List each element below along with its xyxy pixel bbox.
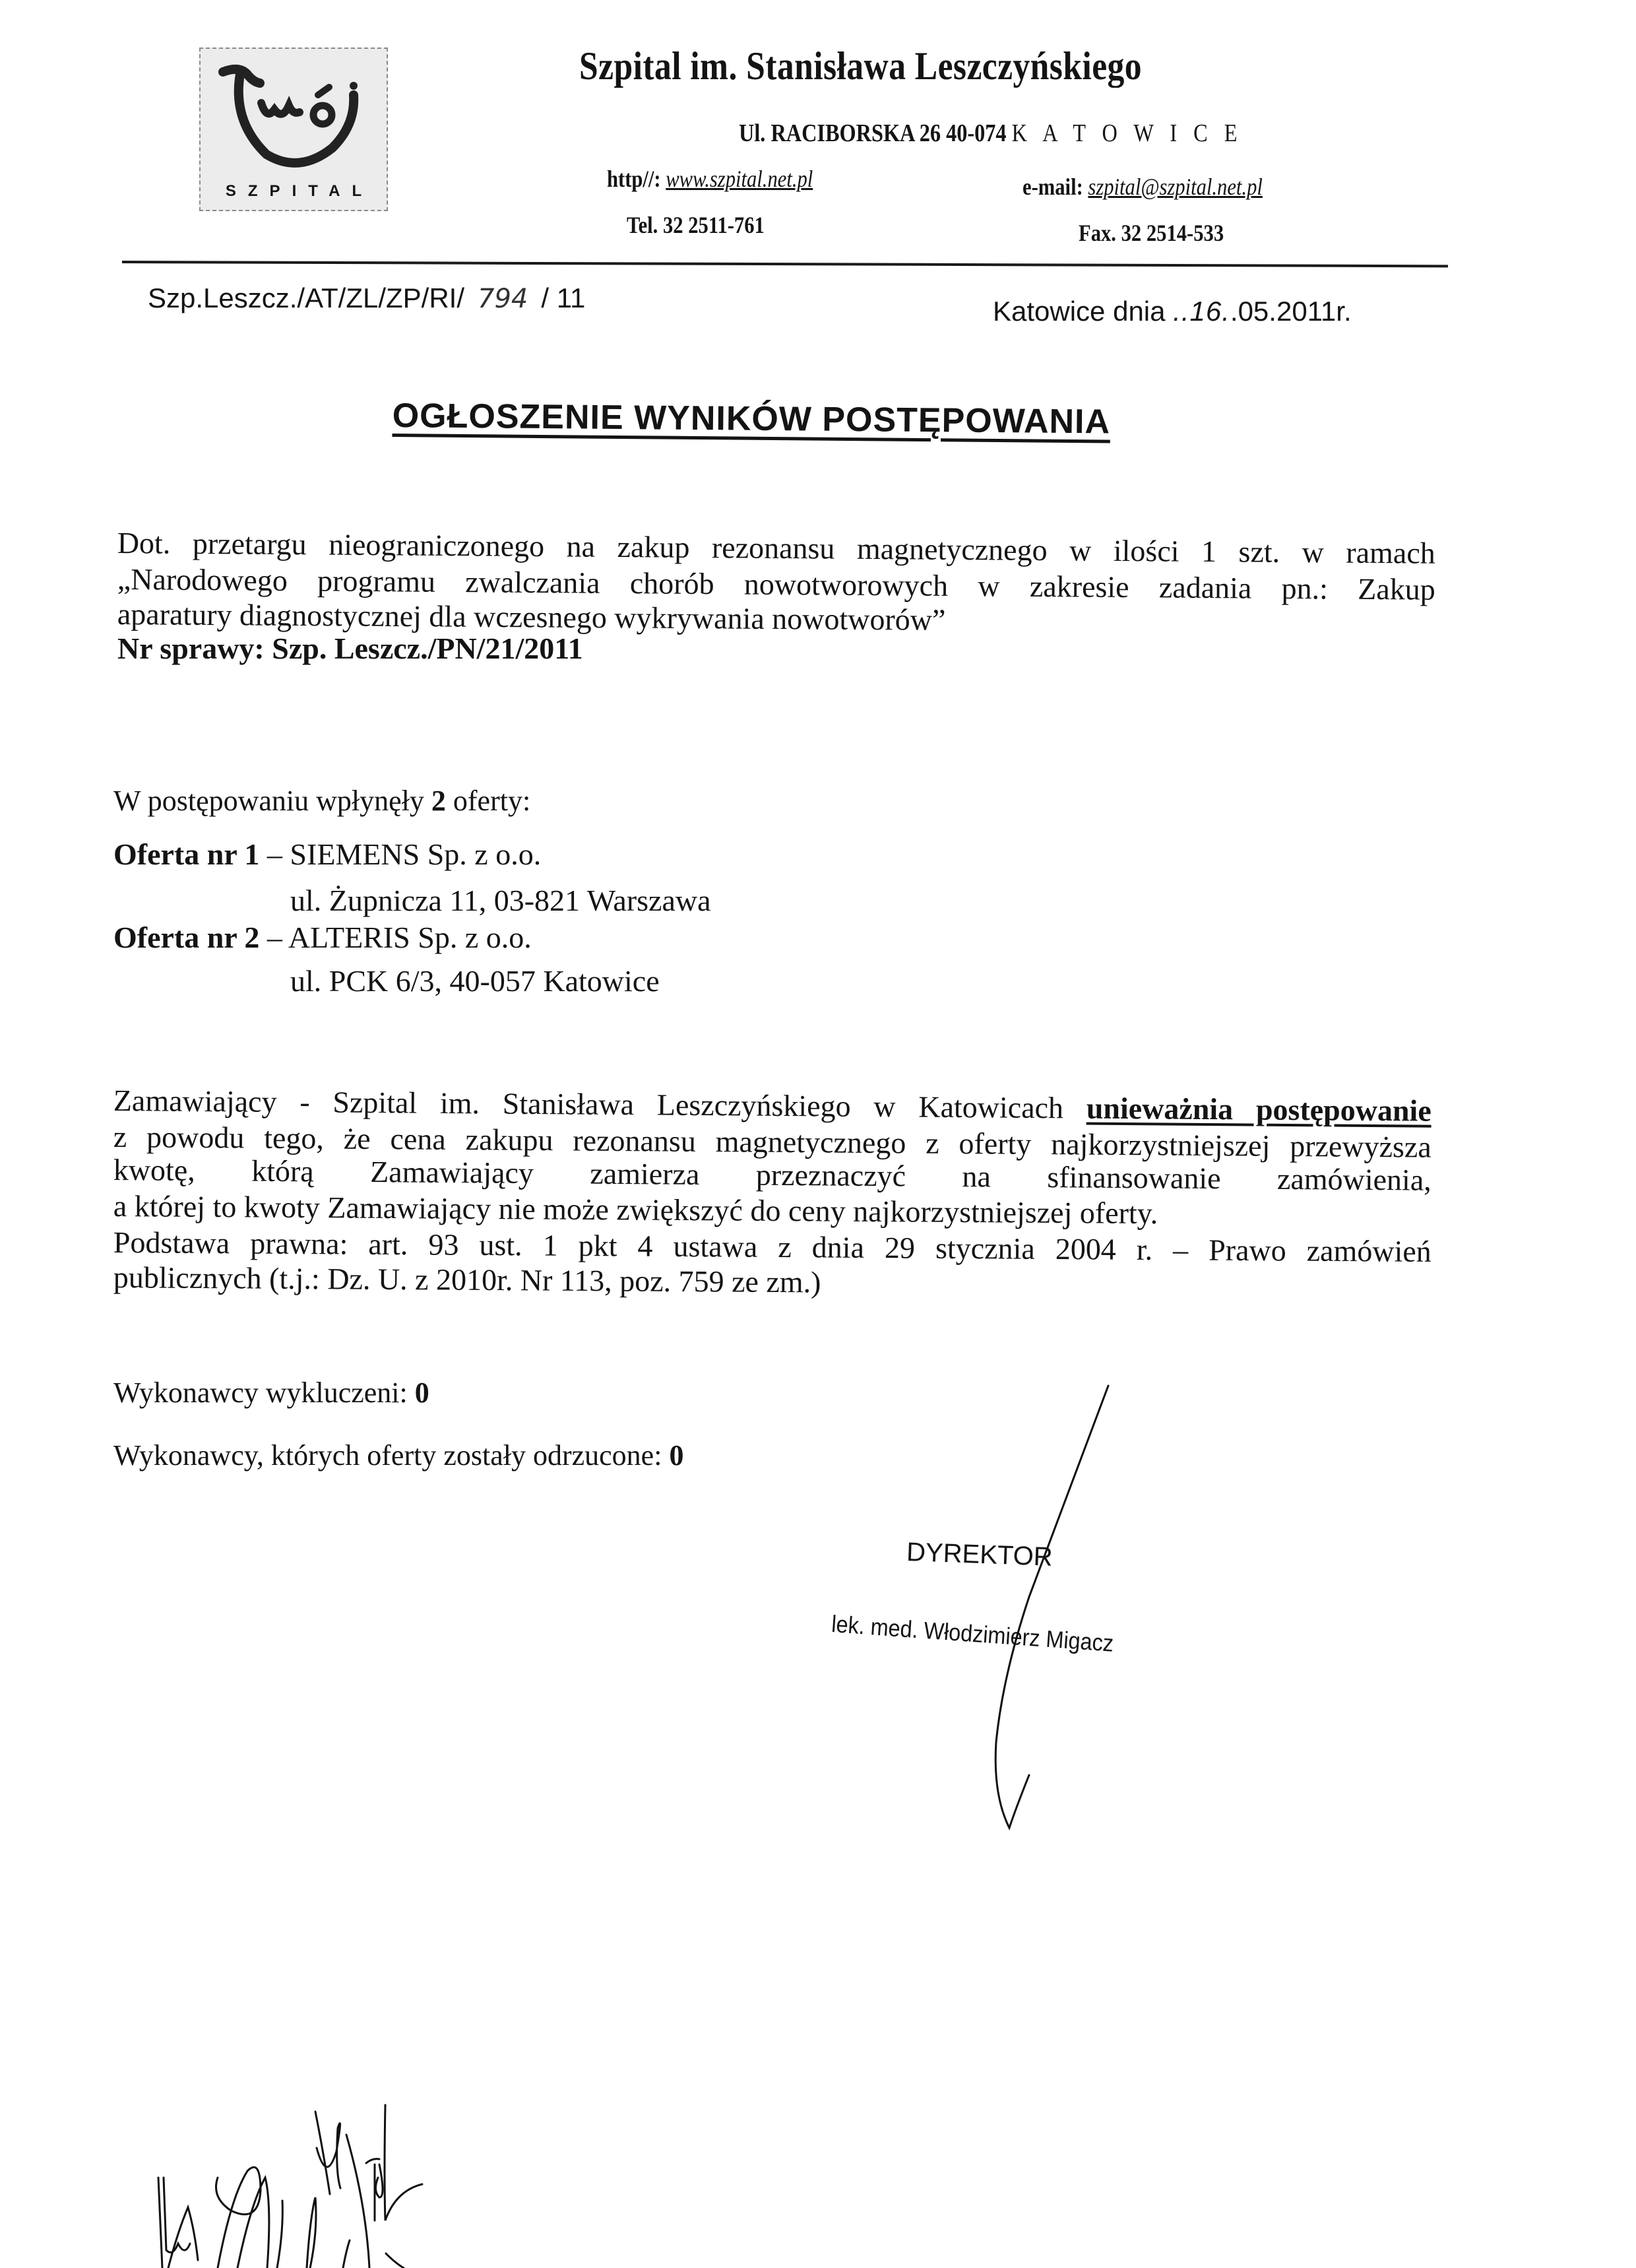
- decision-prefix: Zamawiający - Szpital im. Stanisława Les…: [113, 1084, 1064, 1124]
- legal-basis-line-2: publicznych (t.j.: Dz. U. z 2010r. Nr 11…: [113, 1262, 821, 1297]
- offers-intro-text: W postępowaniu wpłynęły: [113, 785, 424, 817]
- signatory-name: lek. med. Włodzimierz Migacz: [831, 1610, 1114, 1658]
- date-prefix: Katowice dnia: [993, 296, 1166, 327]
- decision-emphasis: unieważnia postępowanie: [1086, 1091, 1431, 1128]
- offer-item: Oferta nr 2 – ALTERIS Sp. z o.o.: [113, 920, 532, 955]
- offers-count: 2: [431, 785, 446, 817]
- rejected-offers: Wykonawcy, których oferty zostały odrzuc…: [113, 1439, 683, 1472]
- reference-number: Szp.Leszcz./AT/ZL/ZP/RI/794/ 11: [148, 282, 585, 314]
- address-city: K A T O W I C E: [1012, 119, 1243, 147]
- decision-line-4: a której to kwoty Zamawiający nie może z…: [113, 1191, 1158, 1229]
- offers-intro: W postępowaniu wpłynęły 2 oferty:: [113, 784, 530, 818]
- decision-text: Zamawiający - Szpital im. Stanisława Les…: [113, 1085, 1431, 1126]
- document-title: OGŁOSZENIE WYNIKÓW POSTĘPOWANIA: [392, 396, 1110, 441]
- offer-company: – SIEMENS Sp. z o.o.: [267, 837, 541, 871]
- website-line: http//: www.szpital.net.pl: [607, 165, 813, 193]
- email-label: e-mail:: [1022, 174, 1083, 200]
- handwritten-reference: 794: [478, 284, 528, 314]
- rejected-label: Wykonawcy, których oferty zostały odrzuc…: [113, 1439, 662, 1472]
- document-date: Katowice dnia ..16..05.2011r.: [993, 296, 1352, 327]
- letterhead-divider: [122, 261, 1448, 267]
- offer-company: – ALTERIS Sp. z o.o.: [267, 921, 532, 954]
- handwritten-day: ..16.: [1173, 296, 1230, 327]
- offer-label: Oferta nr 2: [113, 921, 259, 954]
- excluded-contractors: Wykonawcy wykluczeni: 0: [113, 1376, 429, 1409]
- case-number: Nr sprawy: Szp. Leszcz./PN/21/2011: [117, 633, 583, 664]
- signatory-role: DYREKTOR: [906, 1538, 1053, 1572]
- hospital-name: Szpital im. Stanisława Leszczyńskiego: [115, 44, 1522, 89]
- phone-number: Tel. 32 2511-761: [627, 211, 765, 239]
- legal-basis-text: Podstawa prawna: art. 93 ust. 1 pkt 4 us…: [113, 1227, 1431, 1267]
- offer-address: ul. Żupnicza 11, 03-821 Warszawa: [290, 883, 711, 918]
- offer-item: Oferta nr 1 – SIEMENS Sp. z o.o.: [113, 837, 541, 872]
- hospital-address: Ul. RACIBORSKA 26 40-074 K A T O W I C E: [739, 119, 1243, 148]
- excluded-label: Wykonawcy wykluczeni:: [113, 1377, 408, 1409]
- offer-address: ul. PCK 6/3, 40-057 Katowice: [290, 963, 660, 998]
- excluded-value: 0: [415, 1377, 429, 1409]
- subject-text: Dot. przetargu nieograniczonego na zakup…: [117, 528, 1435, 569]
- website-label: http//:: [607, 166, 661, 192]
- rejected-value: 0: [669, 1439, 683, 1472]
- reference-prefix: Szp.Leszcz./AT/ZL/ZP/RI/: [148, 282, 464, 313]
- website-link[interactable]: www.szpital.net.pl: [666, 166, 813, 192]
- offers-intro-suffix: oferty:: [453, 785, 530, 817]
- email-line: e-mail: szpital@szpital.net.pl: [1022, 173, 1263, 201]
- subject-line-3: aparatury diagnostycznej dla wczesnego w…: [117, 599, 946, 635]
- subject-line-1: Dot. przetargu nieograniczonego na zakup…: [117, 528, 1435, 569]
- date-suffix: .05.2011r.: [1230, 296, 1352, 327]
- fax-number: Fax. 32 2514-533: [1079, 219, 1224, 247]
- address-street: Ul. RACIBORSKA 26 40-074: [739, 119, 1007, 147]
- offer-label: Oferta nr 1: [113, 837, 259, 871]
- legal-basis-line-1: Podstawa prawna: art. 93 ust. 1 pkt 4 us…: [113, 1227, 1431, 1267]
- logo-text: SZPITAL: [201, 182, 387, 201]
- reference-suffix: / 11: [541, 282, 585, 313]
- decision-line-1: Zamawiający - Szpital im. Stanisława Les…: [113, 1085, 1431, 1126]
- email-link[interactable]: szpital@szpital.net.pl: [1088, 174, 1262, 200]
